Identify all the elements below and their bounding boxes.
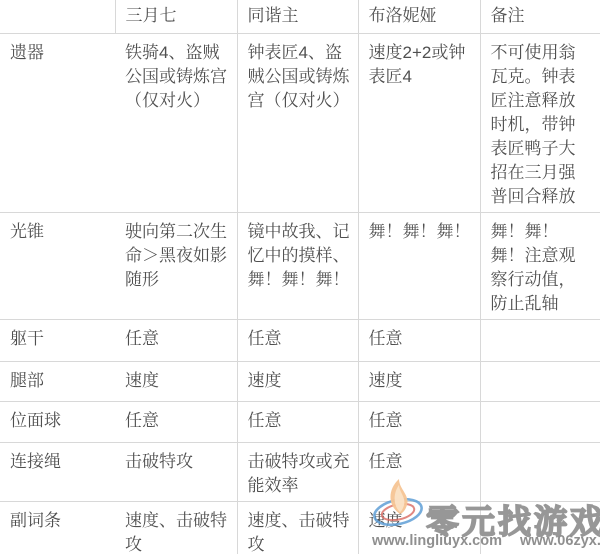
header-row: 三月七 同谐主 布洛妮娅 备注 xyxy=(0,0,600,33)
table-cell: 任意 xyxy=(115,319,237,361)
row-label: 腿部 xyxy=(0,361,115,401)
table-cell: 速度 xyxy=(115,361,237,401)
column-header-bronya: 布洛妮娅 xyxy=(358,0,480,33)
table-row-rope: 连接绳 击破特攻 击破特攻或充能效率 任意 xyxy=(0,442,600,501)
table-cell xyxy=(480,501,600,554)
table-cell: 铁骑4、盗贼公国或铸炼宫（仅对火） xyxy=(115,33,237,212)
table-row-feet: 腿部 速度 速度 速度 xyxy=(0,361,600,401)
table-cell: 任意 xyxy=(358,401,480,442)
table-row-body: 躯干 任意 任意 任意 xyxy=(0,319,600,361)
table-cell: 击破特攻或充能效率 xyxy=(237,442,358,501)
table-cell: 任意 xyxy=(237,319,358,361)
table-row-relics: 遗器 铁骑4、盗贼公国或铸炼宫（仅对火） 钟表匠4、盗贼公国或铸炼宫（仅对火） … xyxy=(0,33,600,212)
column-header-harmony-mc: 同谐主 xyxy=(237,0,358,33)
table-cell: 速度、击破特攻 xyxy=(115,501,237,554)
table-cell: 速度 xyxy=(237,361,358,401)
row-label: 光锥 xyxy=(0,212,115,319)
table-cell: 钟表匠4、盗贼公国或铸炼宫（仅对火） xyxy=(237,33,358,212)
table-cell: 舞！舞！舞！注意观察行动值，防止乱轴 xyxy=(480,212,600,319)
table-cell: 速度 xyxy=(358,501,480,554)
row-label: 副词条 xyxy=(0,501,115,554)
table-cell: 击破特攻 xyxy=(115,442,237,501)
table-cell: 速度2+2或钟表匠4 xyxy=(358,33,480,212)
table-cell: 速度、击破特攻 xyxy=(237,501,358,554)
table-cell xyxy=(480,401,600,442)
table-cell xyxy=(480,361,600,401)
table-row-substats: 副词条 速度、击破特攻 速度、击破特攻 速度 xyxy=(0,501,600,554)
table-cell: 任意 xyxy=(115,401,237,442)
table-cell: 舞！舞！舞！ xyxy=(358,212,480,319)
row-label: 遗器 xyxy=(0,33,115,212)
table-cell xyxy=(480,319,600,361)
build-guide-table: 三月七 同谐主 布洛妮娅 备注 遗器 铁骑4、盗贼公国或铸炼宫（仅对火） 钟表匠… xyxy=(0,0,600,554)
column-header-empty xyxy=(0,0,115,33)
table-cell: 镜中故我、记忆中的摸样、舞！舞！舞！ xyxy=(237,212,358,319)
column-header-notes: 备注 xyxy=(480,0,600,33)
column-header-march7: 三月七 xyxy=(115,0,237,33)
table-cell: 不可使用翁瓦克。钟表匠注意释放时机，带钟表匠鸭子大招在三月强普回合释放 xyxy=(480,33,600,212)
table-cell: 任意 xyxy=(358,442,480,501)
table-cell: 任意 xyxy=(358,319,480,361)
table-cell xyxy=(480,442,600,501)
row-label: 位面球 xyxy=(0,401,115,442)
table-row-lightcone: 光锥 驶向第二次生命＞黑夜如影随形 镜中故我、记忆中的摸样、舞！舞！舞！ 舞！舞… xyxy=(0,212,600,319)
row-label: 躯干 xyxy=(0,319,115,361)
table-cell: 驶向第二次生命＞黑夜如影随形 xyxy=(115,212,237,319)
table-cell: 任意 xyxy=(237,401,358,442)
table-cell: 速度 xyxy=(358,361,480,401)
row-label: 连接绳 xyxy=(0,442,115,501)
table-row-sphere: 位面球 任意 任意 任意 xyxy=(0,401,600,442)
